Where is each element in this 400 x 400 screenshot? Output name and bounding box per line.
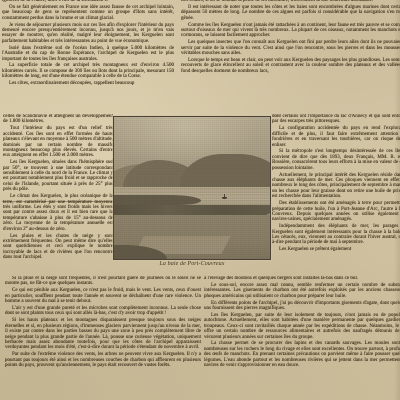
- paragraph: Les Kerguelen se prêtent également: [272, 247, 400, 252]
- photo-halftone-grain: [114, 117, 270, 259]
- column-left-top: ignorées de la France, dites « îles de l…: [2, 0, 174, 113]
- paragraph: Les quelques insectes que l'on connaît a…: [181, 40, 400, 56]
- newspaper-page: ignorées de la France, dites « îles de l…: [0, 0, 400, 400]
- paragraph: Lorsque le temps est beau et clair, on p…: [181, 58, 400, 74]
- paragraph: En différents points de l'archipel, j'ai…: [204, 301, 400, 312]
- paragraph: Les îles Kerguelen, situées dans l'hémis…: [3, 160, 113, 192]
- paragraph: Par suite de l'extrême violence des vent…: [5, 352, 201, 368]
- column-right-bottom: à l'élevage des moutons et quelques berg…: [204, 276, 400, 400]
- paragraph: Si la pluie et la neige sont fréquentes,…: [5, 276, 201, 287]
- paragraph: Il est intéressant de noter que toutes l…: [181, 5, 400, 21]
- scan-edge-shadow: [394, 0, 400, 400]
- paragraph: Si la métropole s'est longtemps désintér…: [272, 149, 400, 171]
- paragraph: dont certains ont l'importance du lac d'…: [272, 114, 400, 125]
- paragraph: ignorées de la France, dites « îles de l…: [2, 0, 174, 3]
- paragraph: La superficie totale de cet archipel trè…: [2, 63, 174, 79]
- paragraph: celles de Scandinavie et atteignent un d…: [3, 114, 113, 125]
- paragraph: L'air y est d'une grande pureté et les m…: [5, 306, 201, 317]
- crease-line: [2, 201, 112, 202]
- paragraph: à l'élevage des moutons et quelques berg…: [204, 276, 400, 281]
- paragraph: La chasse permet de se procurer des lapi…: [204, 341, 400, 368]
- paragraph: Des établissements ont été aménagés à te…: [272, 201, 400, 223]
- column-left-bottom: Si la pluie et la neige sont fréquentes,…: [5, 276, 201, 400]
- paragraph: Je viens de séjourner plusieurs mois sur…: [2, 23, 174, 45]
- paragraph: Les rennes, si on se donnait la peine de…: [181, 0, 400, 3]
- paragraph: Les îles Kerguelen, par suite de leur is…: [204, 313, 400, 340]
- column-right-beside-photo: dont certains ont l'importance du lac d'…: [272, 114, 400, 273]
- paragraph: Isolé dans l'extrême sud de l'océan Indi…: [2, 46, 174, 62]
- paragraph: Le sous-sol, encore assez mal connu, sem…: [204, 283, 400, 299]
- photo-caption: La baie de Port-Couvreux: [113, 261, 271, 267]
- paragraph: On se fait généralement en France une id…: [2, 5, 174, 21]
- paragraph: Actuellement, le principal intérêt des K…: [272, 173, 400, 200]
- paragraph: Les côtes, extraordinairement découpées,…: [2, 81, 174, 86]
- paragraph: Indépendamment des éléphants de mer, les…: [272, 224, 400, 246]
- photo-bay-port-couvreux: [113, 116, 271, 260]
- paragraph: La configuration accidentée du pays en r…: [272, 126, 400, 148]
- column-right-top: Les rennes, si on se donnait la peine de…: [181, 0, 400, 113]
- paragraph: Si les hauts plateaux et les montagnes d…: [5, 318, 201, 350]
- paragraph: Comme les îles Kerguelen n'ont jamais ét…: [181, 23, 400, 39]
- paragraph: Le climat des Kerguelen, le plus océaniq…: [3, 194, 113, 232]
- column-left-beside-photo: celles de Scandinavie et atteignent un d…: [3, 114, 113, 273]
- paragraph: Ce qui est pénible aux Kerguelen, ce n'e…: [5, 288, 201, 304]
- paragraph: Les pluies et les chutes de neige y sont…: [3, 234, 113, 261]
- paragraph: Tout l'intérieur du pays est d'un relief…: [3, 126, 113, 158]
